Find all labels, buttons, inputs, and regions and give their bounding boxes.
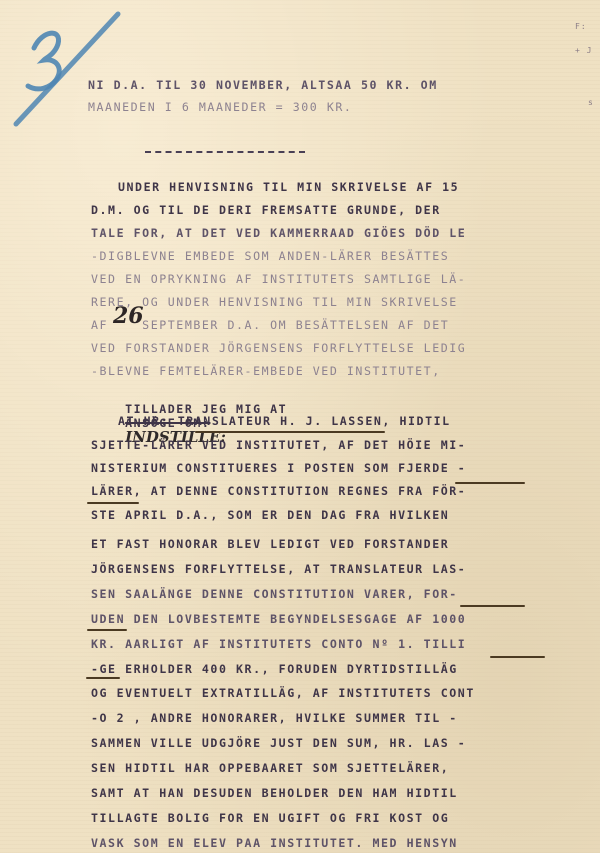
text-line: KR. AARLIGT AF INSTITUTETS CONTO Nº 1. T… bbox=[91, 637, 466, 651]
text-line: SAMMEN VILLE UDGJÖRE JUST DEN SUM, HR. L… bbox=[91, 736, 466, 750]
text-line: SJETTE-LÄRER VED INSTITUTET, AF DET HÖIE… bbox=[91, 438, 466, 452]
text-line: ET FAST HONORAR BLEV LEDIGT VED FORSTAND… bbox=[91, 537, 449, 551]
underline-mark bbox=[460, 605, 525, 607]
text-line: NISTERIUM CONSTITUERES I POSTEN SOM FJER… bbox=[91, 461, 466, 475]
text-line: D.M. OG TIL DE DERI FREMSATTE GRUNDE, DE… bbox=[91, 203, 441, 217]
text-line: UNDER HENVISNING TIL MIN SKRIVELSE AF 15 bbox=[118, 180, 459, 194]
text-line: -O 2 , ANDRE HONORARER, HVILKE SUMMER TI… bbox=[91, 711, 458, 725]
underline-mark bbox=[87, 502, 139, 504]
text-line: -GE ERHOLDER 400 KR., FORUDEN DYRTIDSTIL… bbox=[91, 662, 458, 676]
text-line: VED FORSTANDER JÖRGENSENS FORFLYTTELSE L… bbox=[91, 341, 466, 355]
text-line: AF SEPTEMBER D.A. OM BESÄTTELSEN AF DET bbox=[91, 318, 449, 332]
text-line: -BLEVNE FEMTELÄRER-EMBEDE VED INSTITUTET… bbox=[91, 364, 441, 378]
margin-note: + J bbox=[575, 46, 592, 55]
text-line: STE APRIL D.A., SOM ER DEN DAG FRA HVILK… bbox=[91, 508, 449, 522]
underline-mark bbox=[490, 656, 545, 658]
text-line: AT HR: TRANSLATEUR H. J. LASSEN, HIDTIL bbox=[118, 414, 451, 428]
text-line: VED EN OPRYKNING AF INSTITUTETS SAMTLIGE… bbox=[91, 272, 466, 286]
text-line: MAANEDEN I 6 MAANEDER = 300 KR. bbox=[88, 100, 352, 114]
text-line: UDEN DEN LOVBESTEMTE BEGYNDELSESGAGE AF … bbox=[91, 612, 466, 626]
margin-note: F: bbox=[575, 22, 587, 31]
underline-mark bbox=[86, 677, 120, 679]
text-line: JÖRGENSENS FORFLYTTELSE, AT TRANSLATEUR … bbox=[91, 562, 466, 576]
text-line: -DIGBLEVNE EMBEDE SOM ANDEN-LÄRER BESÄTT… bbox=[91, 249, 449, 263]
document-page: F: + J s NI D.A. TIL 30 NOVEMBER, ALTSAA… bbox=[0, 0, 600, 853]
margin-note: s bbox=[588, 98, 594, 107]
text-line: SEN HIDTIL HAR OPPEBAARET SOM SJETTELÄRE… bbox=[91, 761, 449, 775]
underline-mark bbox=[195, 431, 385, 433]
text-line: SEN SAALÄNGE DENNE CONSTITUTION VARER, F… bbox=[91, 587, 458, 601]
section-separator bbox=[145, 151, 305, 153]
text-line: OG EVENTUELT EXTRATILLÄG, AF INSTITUTETS… bbox=[91, 686, 475, 700]
text-line: SAMT AT HAN DESUDEN BEHOLDER DEN HAM HID… bbox=[91, 786, 458, 800]
text-line: NI D.A. TIL 30 NOVEMBER, ALTSAA 50 KR. O… bbox=[88, 78, 438, 92]
underline-mark bbox=[87, 629, 127, 631]
handwritten-date: 26 bbox=[113, 303, 144, 329]
text-line: TALE FOR, AT DET VED KAMMERRAAD GIÖES DÖ… bbox=[91, 226, 466, 240]
text-line: RERE, OG UNDER HENVISNING TIL MIN SKRIVE… bbox=[91, 295, 458, 309]
text-line: VASK SOM EN ELEV PAA INSTITUTET. MED HEN… bbox=[91, 836, 458, 850]
text-line: LÄRER, AT DENNE CONSTITUTION REGNES FRA … bbox=[91, 484, 466, 498]
text-line: TILLAGTE BOLIG FOR EN UGIFT OG FRI KOST … bbox=[91, 811, 449, 825]
